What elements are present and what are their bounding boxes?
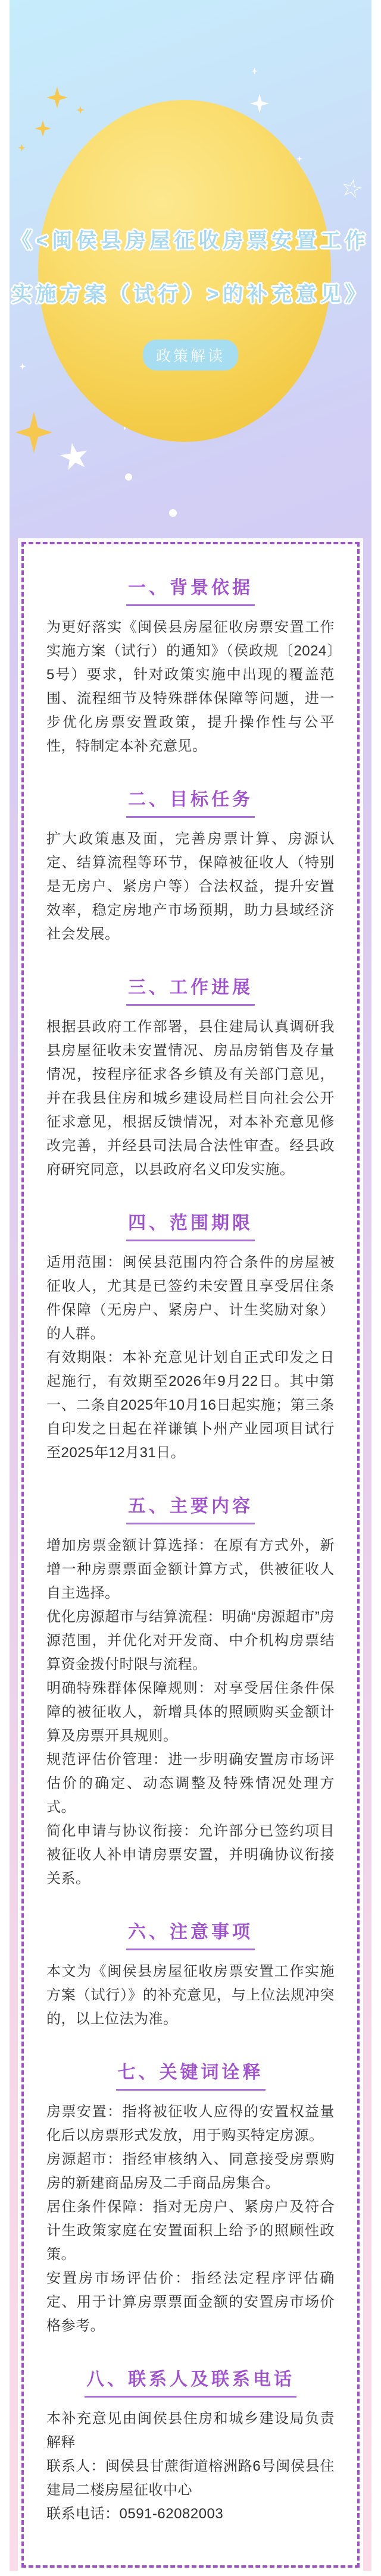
section-body: 本补充意见由闽侯县住房和城乡建设局负责解释 联系人：闽侯县甘蔗街道榕洲路6号闽侯… (46, 2407, 335, 2526)
star-outline-icon: ☆ (338, 174, 366, 203)
paragraph: 扩大政策惠及面，完善房票计算、房源认定、结算流程等环节，保障被征收人（特别是无房… (46, 827, 335, 946)
paragraph: 适用范围：闽侯县范围内符合条件的房屋被征收人，尤其是已签约未安置且享受居住条件保… (46, 1251, 335, 1346)
policy-interpretation-badge: 政策解读 (143, 340, 238, 371)
dashed-border-panel: 一、背景依据 为更好落实《闽侯县房屋征收房票安置工作实施方案（试行）的通知》（侯… (21, 542, 360, 2568)
sparkle-icon (19, 363, 26, 370)
section-body: 增加房票金额计算选择：在原有方式外，新增一种房票票面金额计算方式，供被征收人自主… (46, 1534, 335, 1891)
section-heading: 一、背景依据 (46, 573, 335, 606)
paragraph: 明确特殊群体保障规则：对享受居住条件保障的被征收人，新增具体的照顾购买金额计算及… (46, 1677, 335, 1748)
sparkle-icon (296, 156, 302, 162)
section-body: 房票安置：指将被征收人应得的安置权益量化后以房票形式发放，用于购买特定房源。 房… (46, 2100, 335, 2338)
paragraph: 本补充意见由闽侯县住房和城乡建设局负责解释 (46, 2407, 335, 2455)
section-notes: 六、注意事项 本文为《闽侯县房屋征收房票安置工作实施方案（试行）》的补充意见，与… (46, 1917, 335, 2031)
hero-banner: ☆ ☆ ★ 《<闽侯县房屋征收房票安置工作 实施方案（试行）>的补充意见》 政策… (10, 0, 371, 538)
paragraph: 增加房票金额计算选择：在原有方式外，新增一种房票票面金额计算方式，供被征收人自主… (46, 1534, 335, 1605)
paragraph: 优化房源超市与结算流程：明确“房源超市”房源范围，并优化对开发商、中介机构房票结… (46, 1605, 335, 1677)
section-heading: 三、工作进展 (46, 972, 335, 1006)
dot-decoration (169, 509, 177, 517)
section-heading: 六、注意事项 (46, 1917, 335, 1950)
section-heading: 五、主要内容 (46, 1491, 335, 1524)
section-goals-tasks: 二、目标任务 扩大政策惠及面，完善房票计算、房源认定、结算流程等环节，保障被征收… (46, 785, 335, 946)
section-heading: 七、关键词诠释 (46, 2057, 335, 2091)
paragraph: 居住条件保障：指对无房户、紧房户及符合计生政策家庭在安置面积上给予的照顾性政策。 (46, 2195, 335, 2267)
contact-phone: 联系电话：0591-62082003 (46, 2502, 335, 2526)
paragraph: 简化申请与协议衔接：允许部分已签约项目被征收人补申请房票安置，并明确协议衔接关系… (46, 1819, 335, 1891)
paragraph: 规范评估价管理：进一步明确安置房市场评估价的确定、动态调整及特殊情况处理方式。 (46, 1748, 335, 1819)
paragraph: 有效期限：本补充意见计划自正式印发之日起施行，有效期至2026年9月22日。其中… (46, 1346, 335, 1465)
paragraph: 安置房市场评估价：指经法定程序评估确定、用于计算房票票面金额的安置房市场价格参考… (46, 2267, 335, 2338)
section-body: 为更好落实《闽侯县房屋征收房票安置工作实施方案（试行）的通知》（侯政规〔2024… (46, 616, 335, 758)
poster-title-line1: 《<闽侯县房屋征收房票安置工作 (10, 224, 371, 253)
poster-title-line2: 实施方案（试行）>的补充意见》 (10, 278, 371, 307)
section-heading: 四、范围期限 (46, 1208, 335, 1241)
section-heading: 八、联系人及联系电话 (46, 2364, 335, 2398)
poster: ☆ ☆ ★ 《<闽侯县房屋征收房票安置工作 实施方案（试行）>的补充意见》 政策… (10, 0, 371, 2571)
gold-circle-backdrop (38, 100, 331, 442)
star-filled-icon: ★ (55, 437, 93, 477)
section-contacts: 八、联系人及联系电话 本补充意见由闽侯县住房和城乡建设局负责解释 联系人：闽侯县… (46, 2364, 335, 2526)
section-main-content: 五、主要内容 增加房票金额计算选择：在原有方式外，新增一种房票票面金额计算方式，… (46, 1491, 335, 1891)
paragraph: 根据县政府工作部署，县住建局认真调研我县房屋征收未安置情况、房品房销售及存量情况… (46, 1015, 335, 1182)
sparkle-icon (46, 87, 68, 108)
section-work-progress: 三、工作进展 根据县政府工作部署，县住建局认真调研我县房屋征收未安置情况、房品房… (46, 972, 335, 1182)
section-body: 扩大政策惠及面，完善房票计算、房源认定、结算流程等环节，保障被征收人（特别是无房… (46, 827, 335, 946)
policy-poster-page: ☆ ☆ ★ 《<闽侯县房屋征收房票安置工作 实施方案（试行）>的补充意见》 政策… (0, 0, 381, 2571)
paragraph: 房源超市：指经审核纳入、同意接受房票购房的新建商品房及二手商品房集合。 (46, 2148, 335, 2195)
sparkle-icon (76, 106, 85, 114)
section-body: 适用范围：闽侯县范围内符合条件的房屋被征收人，尤其是已签约未安置且享受居住条件保… (46, 1251, 335, 1465)
section-background-basis: 一、背景依据 为更好落实《闽侯县房屋征收房票安置工作实施方案（试行）的通知》（侯… (46, 573, 335, 758)
section-scope-period: 四、范围期限 适用范围：闽侯县范围内符合条件的房屋被征收人，尤其是已签约未安置且… (46, 1208, 335, 1465)
section-body: 本文为《闽侯县房屋征收房票安置工作实施方案（试行）》的补充意见，与上位法规冲突的… (46, 1960, 335, 2031)
paragraph: 为更好落实《闽侯县房屋征收房票安置工作实施方案（试行）的通知》（侯政规〔2024… (46, 616, 335, 758)
sparkle-icon (15, 412, 52, 453)
section-heading: 二、目标任务 (46, 785, 335, 818)
section-body: 根据县政府工作部署，县住建局认真调研我县房屋征收未安置情况、房品房销售及存量情况… (46, 1015, 335, 1182)
sparkle-icon (35, 120, 51, 137)
sparkle-icon (251, 68, 258, 74)
dot-decoration (125, 473, 132, 481)
paragraph: 房票安置：指将被征收人应得的安置权益量化后以房票形式发放，用于购买特定房源。 (46, 2100, 335, 2148)
section-keyword-glossary: 七、关键词诠释 房票安置：指将被征收人应得的安置权益量化后以房票形式发放，用于购… (46, 2057, 335, 2338)
paragraph: 本文为《闽侯县房屋征收房票安置工作实施方案（试行）》的补充意见，与上位法规冲突的… (46, 1960, 335, 2031)
content-card: 一、背景依据 为更好落实《闽侯县房屋征收房票安置工作实施方案（试行）的通知》（侯… (18, 538, 363, 2571)
sparkle-icon (250, 94, 269, 113)
sparkle-icon (18, 144, 26, 152)
paragraph: 联系人：闽侯县甘蔗街道榕洲路6号闽侯县住建局二楼房屋征收中心 (46, 2455, 335, 2502)
